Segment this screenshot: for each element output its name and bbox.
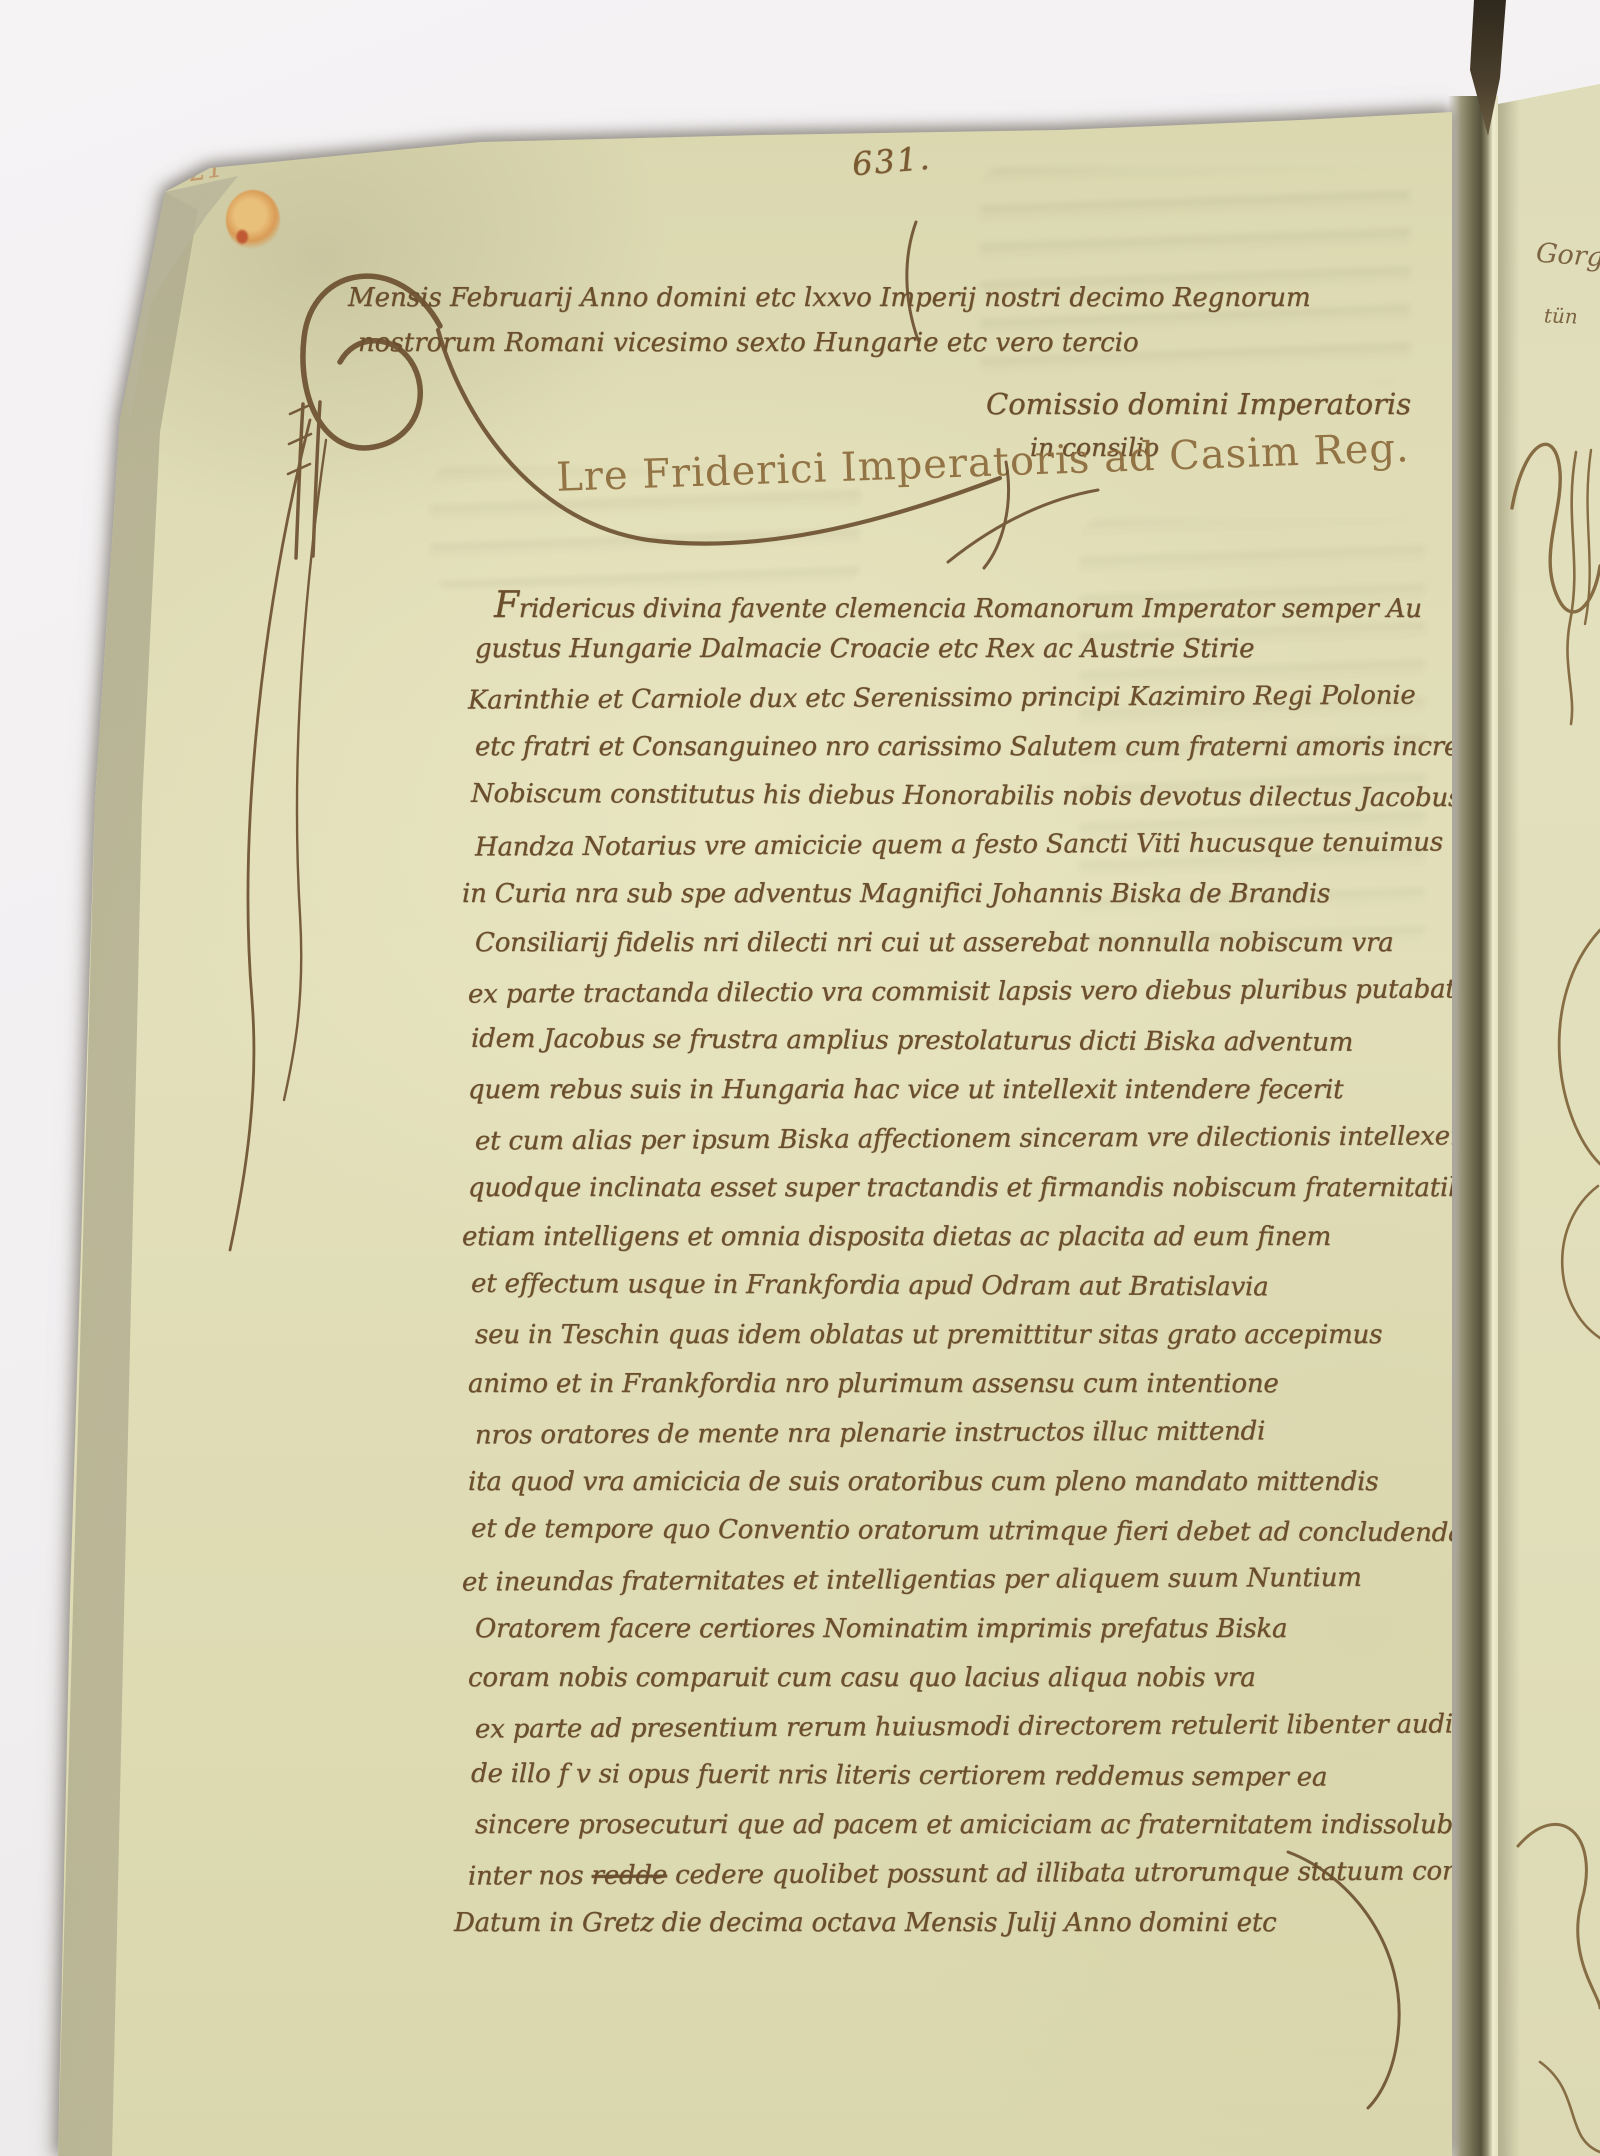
manuscript-line: et effectum usque in Frankfordia apud Od… xyxy=(471,1269,1448,1322)
manuscript-line: et de tempore quo Conventio oratorum utr… xyxy=(471,1514,1448,1567)
header-line: Mensis Februarij Anno domini etc lxxvo I… xyxy=(348,276,1311,321)
wax-stain xyxy=(226,190,280,250)
manuscript-line: seu in Teschin quas idem oblatas ut prem… xyxy=(475,1320,1448,1369)
manuscript-line: gustus Hungarie Dalmacie Croacie etc Rex… xyxy=(475,634,1448,683)
manuscript-line: Oratorem facere certiores Nominatim impr… xyxy=(475,1614,1448,1663)
manuscript-line: inter nos redde cedere quolibet possunt … xyxy=(468,1856,1448,1910)
manuscript-line: coram nobis comparuit cum casu quo laciu… xyxy=(468,1663,1448,1712)
manuscript-line: Consiliarij fidelis nri dilecti nri cui … xyxy=(475,928,1448,977)
manuscript-line: quem rebus suis in Hungaria hac vice ut … xyxy=(468,1075,1448,1124)
manuscript-line: Fridericus divina favente clemencia Roma… xyxy=(468,585,1448,634)
manuscript-line: idem Jacobus se frustra amplius prestola… xyxy=(471,1024,1448,1077)
date-header: Mensis Februarij Anno domini etc lxxvo I… xyxy=(348,276,1311,366)
manuscript-line: sincere prosecuturi que ad pacem et amic… xyxy=(475,1810,1448,1859)
manuscript-line: in Curia nra sub spe adventus Magnifici … xyxy=(462,879,1448,928)
manuscript-line: animo et in Frankfordia nro plurimum ass… xyxy=(468,1369,1448,1418)
manuscript-line: etiam intelligens et omnia disposita die… xyxy=(462,1222,1448,1271)
manuscript-line: Karinthie et Carniole dux etc Serenissim… xyxy=(468,680,1448,734)
manuscript-line: etc fratri et Consanguineo nro carissimo… xyxy=(475,732,1448,781)
manuscript-line: et ineundas fraternitates et intelligent… xyxy=(462,1562,1448,1616)
manuscript-line: de illo f v si opus fuerit nris literis … xyxy=(471,1759,1448,1812)
manuscript-line: Nobiscum constitutus his diebus Honorabi… xyxy=(471,779,1448,832)
manuscript-photo: Gorg tün 621 631. Mensis Februarij Ann xyxy=(0,0,1600,2156)
manuscript-line: et cum alias per ipsum Biska affectionem… xyxy=(475,1121,1448,1175)
folio-number: 631. xyxy=(850,139,932,184)
manuscript-line: ex parte tractanda dilectio vra commisit… xyxy=(468,974,1448,1028)
manuscript-line: Datum in Gretz die decima octava Mensis … xyxy=(454,1908,1448,1957)
manuscript-line: Handza Notarius vre amicicie quem a fest… xyxy=(475,827,1448,881)
letter-title: Lre Friderici Imperatoris ad Casim Reg. xyxy=(555,425,1410,501)
manuscript-line: ex parte ad presentium rerum huiusmodi d… xyxy=(475,1709,1448,1763)
manuscript-line: nros oratores de mente nra plenarie inst… xyxy=(475,1415,1448,1469)
page-surface: 621 631. Mensis Februarij Anno domini et… xyxy=(0,0,1600,2156)
letter-body: Fridericus divina favente clemencia Roma… xyxy=(468,585,1448,1957)
manuscript-line: ita quod vra amicicia de suis oratoribus… xyxy=(468,1467,1448,1516)
manuscript-line: quodque inclinata esset super tractandis… xyxy=(468,1173,1448,1222)
manuscript-page: 621 631. Mensis Februarij Anno domini et… xyxy=(0,0,1600,2156)
commission-line: Comissio domini Imperatoris xyxy=(986,382,1411,426)
struck-word: redde xyxy=(591,1861,667,1891)
header-line: nostrorum Romani vicesimo sexto Hungarie… xyxy=(358,321,1311,366)
